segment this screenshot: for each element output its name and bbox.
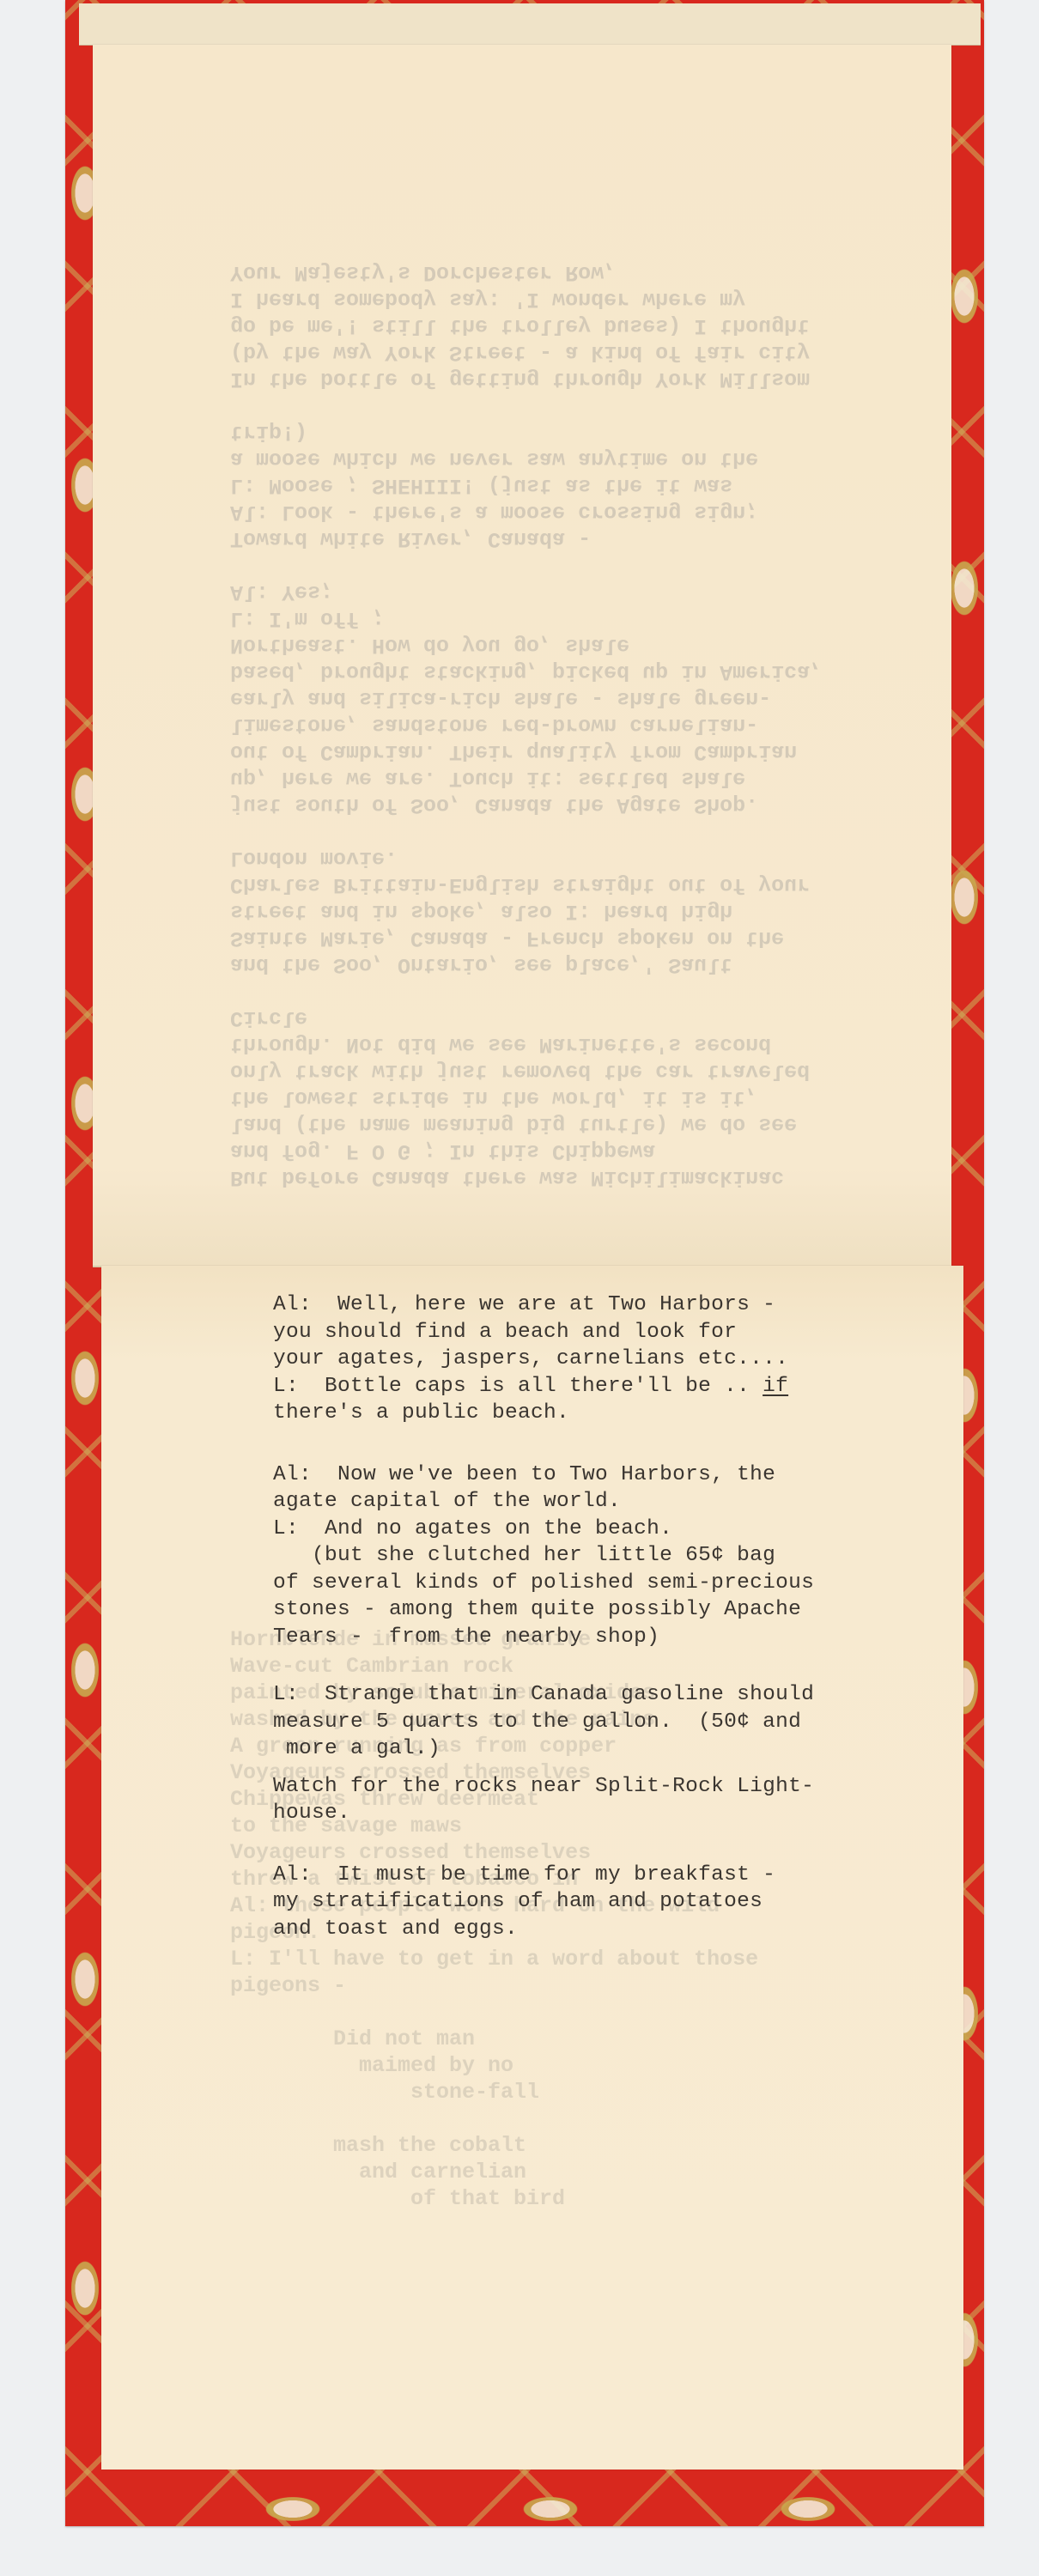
typed-line: Al: Now we've been to Two Harbors, the bbox=[273, 1461, 814, 1489]
upper-page: But before Canada there was Michilimacki… bbox=[93, 45, 951, 1267]
typed-line: Al: Well, here we are at Two Harbors - bbox=[273, 1291, 814, 1319]
typed-line: L: Bottle caps is all there'll be .. if bbox=[273, 1373, 814, 1400]
typed-entry: Al: It must be time for my breakfast -my… bbox=[273, 1862, 814, 1943]
typed-line: L: Strange that in Canada gasoline shoul… bbox=[273, 1681, 814, 1709]
typed-line: L: And no agates on the beach. bbox=[273, 1516, 814, 1543]
stacked-page-edges bbox=[79, 3, 981, 46]
typed-line: my stratifications of ham and potatoes bbox=[273, 1888, 814, 1916]
gold-ornament-icon bbox=[254, 2492, 331, 2526]
mirrored-show-through-text: But before Canada there was Michilimacki… bbox=[230, 259, 823, 1191]
typed-line: you should find a beach and look for bbox=[273, 1319, 814, 1346]
underlined-word: if bbox=[763, 1375, 788, 1398]
typed-line: Tears - from the nearby shop) bbox=[273, 1624, 814, 1651]
gold-ornament-icon bbox=[65, 2250, 105, 2327]
typed-entry: Al: Well, here we are at Two Harbors -yo… bbox=[273, 1291, 814, 1427]
typed-line: of several kinds of polished semi-precio… bbox=[273, 1570, 814, 1597]
typed-body: Al: Well, here we are at Two Harbors -yo… bbox=[273, 1291, 814, 1942]
lower-page: Hornblende in massed granite Wave-cut Ca… bbox=[101, 1266, 963, 2470]
typed-line: there's a public beach. bbox=[273, 1400, 814, 1427]
typed-line: stones - among them quite possibly Apach… bbox=[273, 1596, 814, 1624]
typed-line: measure 5 quarts to the gallon. (50¢ and bbox=[273, 1709, 814, 1736]
typed-entry: Al: Now we've been to Two Harbors, theag… bbox=[273, 1461, 814, 1651]
gold-ornament-icon bbox=[512, 2492, 589, 2526]
gold-ornament-icon bbox=[65, 1340, 105, 1417]
gold-ornament-icon bbox=[769, 2492, 847, 2526]
typed-entry: L: Strange that in Canada gasoline shoul… bbox=[273, 1681, 814, 1763]
typed-line: Watch for the rocks near Split-Rock Ligh… bbox=[273, 1773, 814, 1801]
gold-ornament-icon bbox=[65, 1941, 105, 2018]
typed-line: (but she clutched her little 65¢ bag bbox=[273, 1542, 814, 1570]
notebook-scan: But before Canada there was Michilimacki… bbox=[0, 0, 1039, 2576]
typed-line: agate capital of the world. bbox=[273, 1488, 814, 1516]
typed-entry: Watch for the rocks near Split-Rock Ligh… bbox=[273, 1773, 814, 1827]
gold-ornament-icon bbox=[65, 1631, 105, 1709]
typed-line: and toast and eggs. bbox=[273, 1916, 814, 1943]
typed-line: Al: It must be time for my breakfast - bbox=[273, 1862, 814, 1889]
typed-line: your agates, jaspers, carnelians etc.... bbox=[273, 1346, 814, 1373]
typed-line: more a gal.) bbox=[273, 1735, 814, 1763]
typed-line: house. bbox=[273, 1800, 814, 1827]
